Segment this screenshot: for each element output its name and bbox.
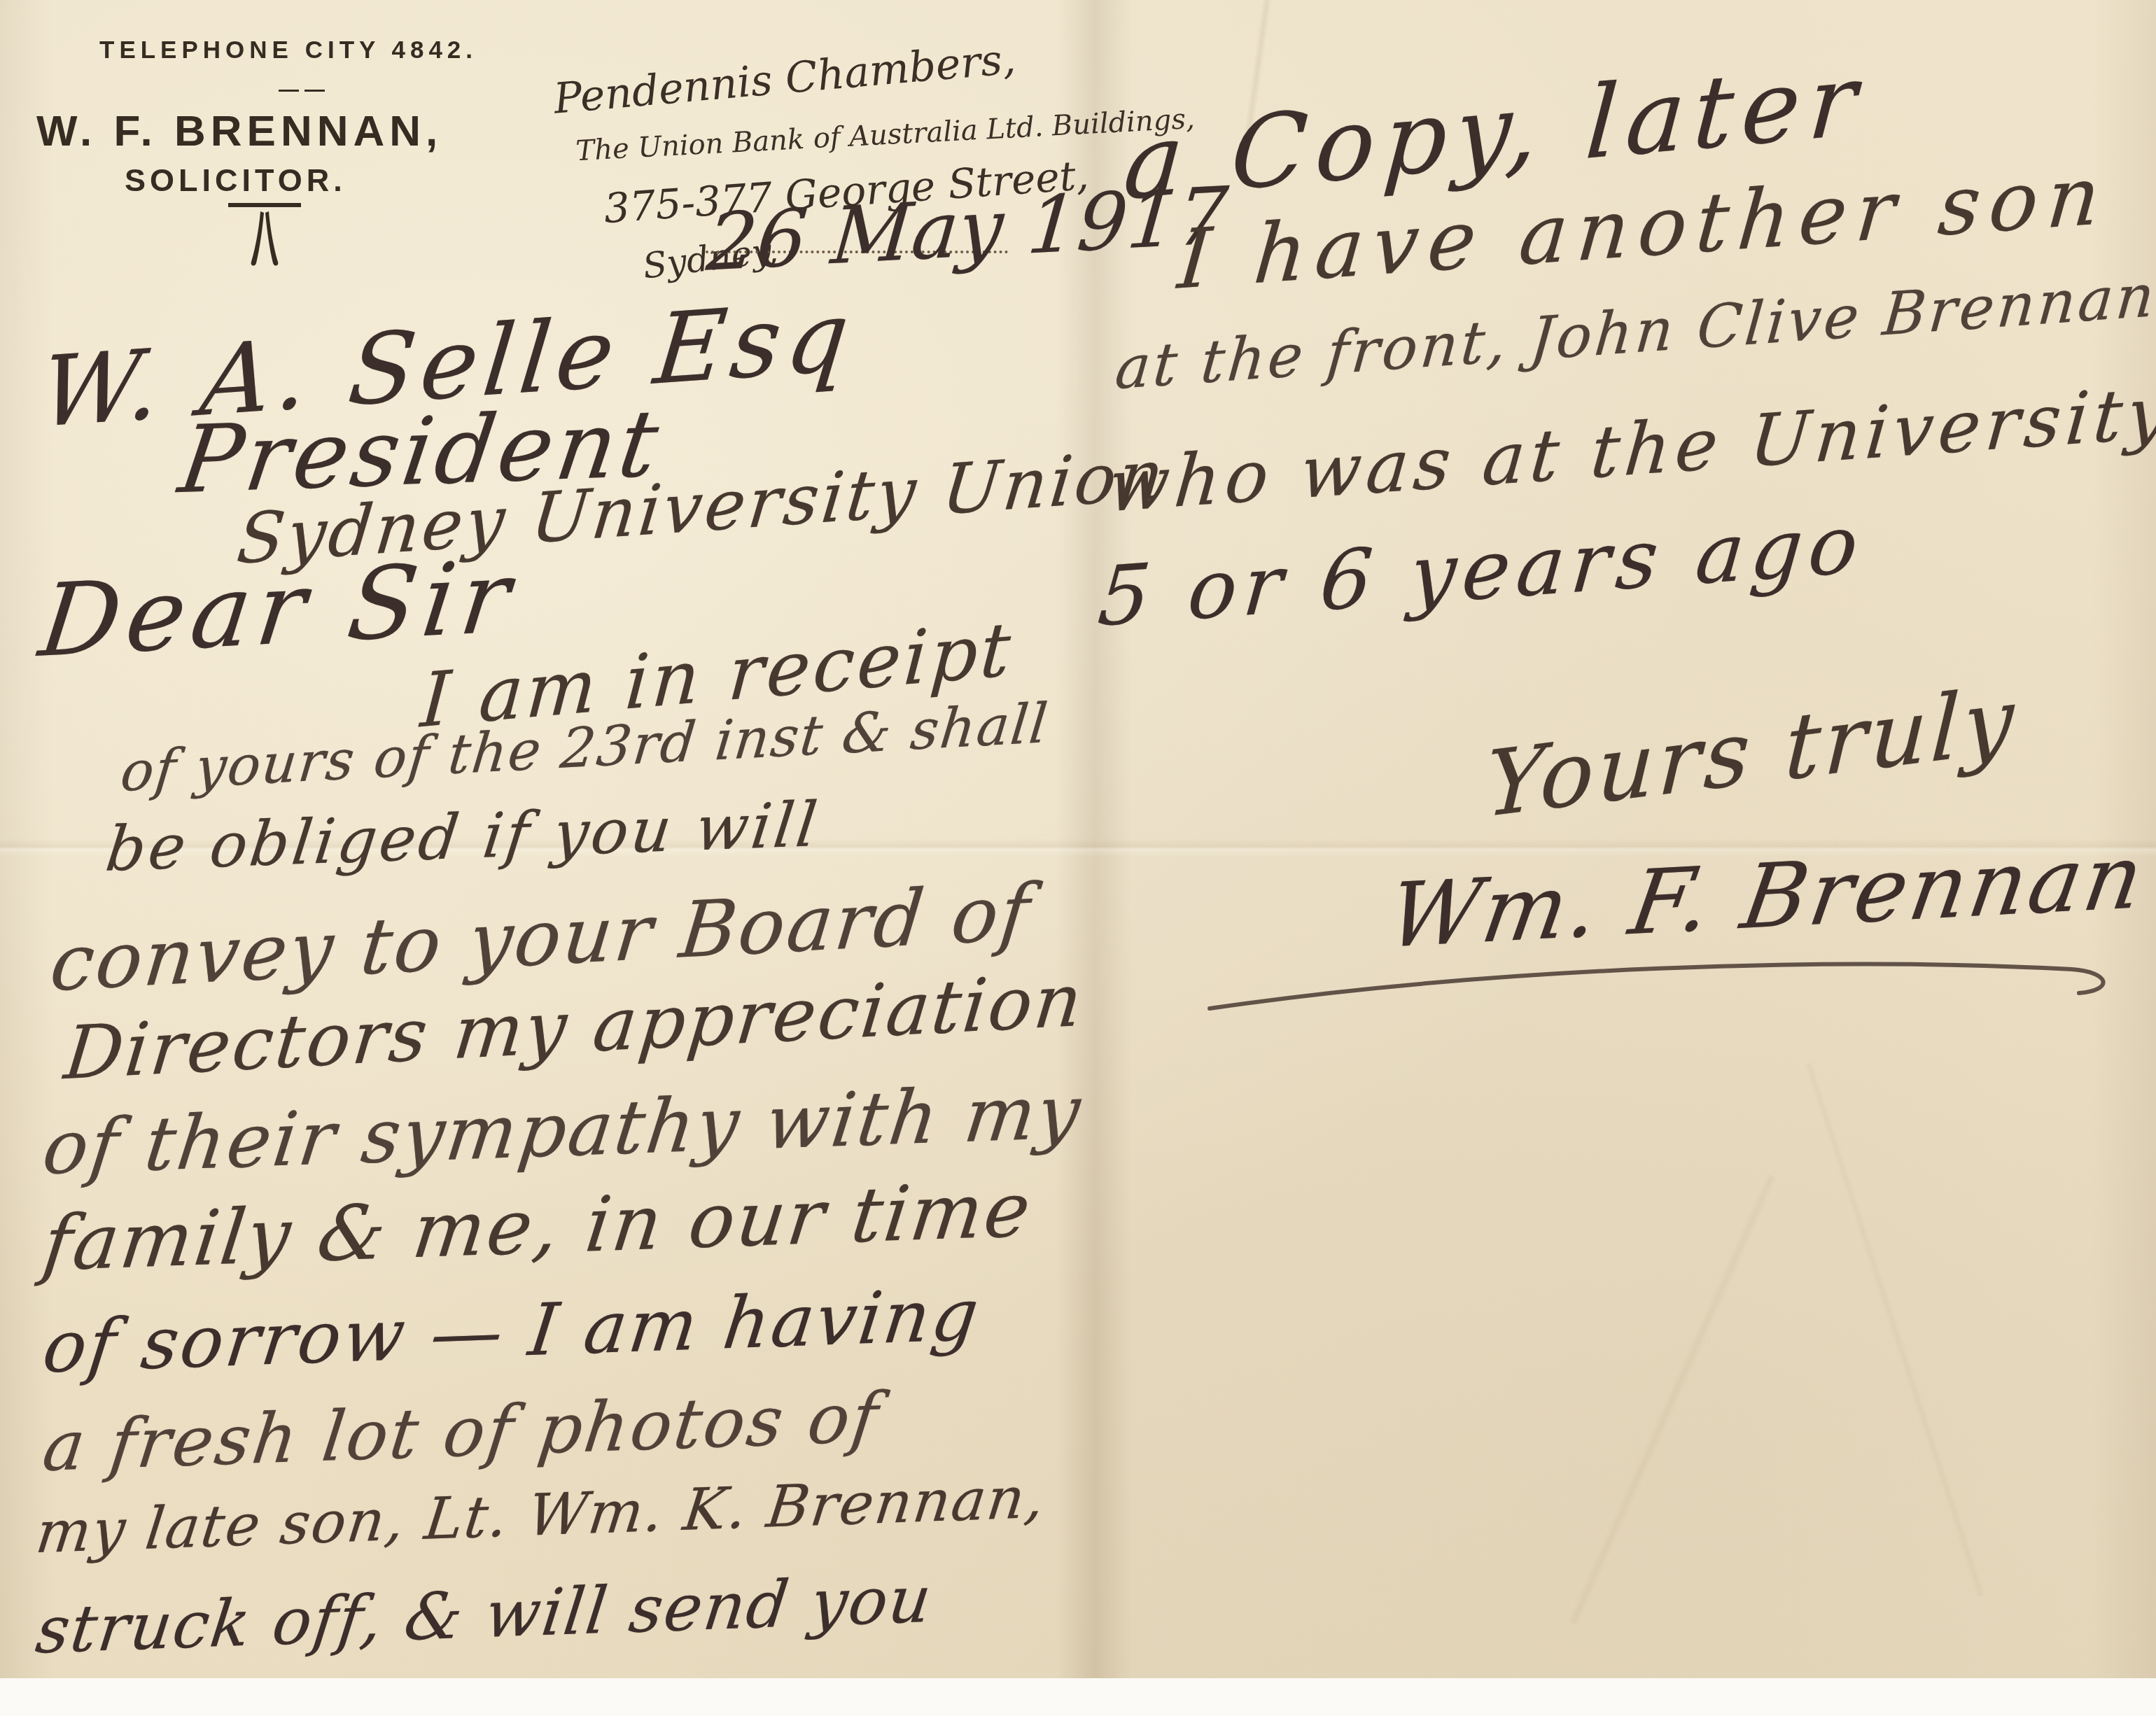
letterhead-divider-dash: [279, 90, 325, 92]
scanner-background: [0, 1678, 2156, 1716]
paper-wrinkle: [1567, 1174, 1777, 1626]
letterhead-telephone: TELEPHONE CITY 4842.: [99, 36, 477, 64]
body-line: a fresh lot of photos of: [39, 1384, 883, 1482]
letterhead-name: W. F. BRENNAN,: [36, 106, 442, 156]
letterhead-ornament: [228, 202, 301, 272]
valediction: Yours truly: [1483, 675, 2019, 831]
letterhead-chambers: Pendennis Chambers,: [552, 34, 1017, 123]
body-line: be obliged if you will: [103, 794, 823, 880]
letterhead-title: SOLICITOR.: [125, 162, 346, 199]
paper-wrinkle: [1804, 1062, 1987, 1597]
body-line: 5 or 6 years ago: [1095, 503, 1868, 638]
letter-paper: TELEPHONE CITY 4842. W. F. BRENNAN, SOLI…: [0, 0, 2156, 1678]
body-line: struck off, & will send you: [33, 1567, 936, 1663]
scanned-letter-page: { "colors": { "paper": "#eee2c8", "ink":…: [0, 0, 2156, 1716]
salutation: Dear Sir: [35, 547, 521, 673]
body-line: my late son, Lt. Wm. K. Brennan,: [33, 1470, 1049, 1563]
body-line: who was at the University: [1105, 377, 2156, 523]
body-line: of their sympathy with my: [39, 1075, 1086, 1186]
body-line: of sorrow — I am having: [39, 1279, 984, 1384]
body-line: family & me, in our time: [39, 1172, 1036, 1283]
signature-underline-flourish: [1204, 941, 2128, 1025]
